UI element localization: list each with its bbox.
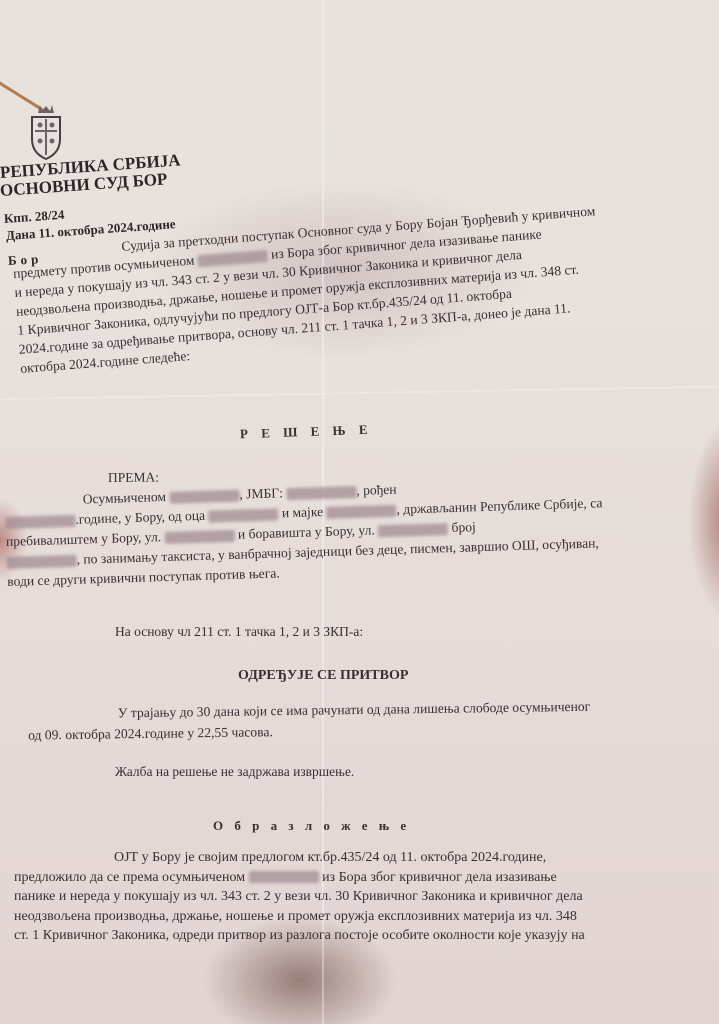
ruling-heading: ОДРЕЂУЈЕ СЕ ПРИТВОР: [238, 668, 408, 684]
redacted-block: [378, 523, 448, 537]
reasoning-line: ст. 1 Кривичног Законика, одреди притвор…: [14, 926, 585, 946]
redacted-block: [164, 530, 234, 544]
legal-basis: На основу чл 211 ст. 1 тачка 1, 2 и 3 ЗК…: [115, 624, 363, 640]
redacted-block: [208, 508, 278, 522]
prema-label: ПРЕМА:: [108, 470, 159, 486]
reasoning-line: панике и нереда у покушају из чл. 343 ст…: [14, 887, 585, 907]
duration-paragraph: У трајању до 30 дана који се има рачунат…: [0, 696, 591, 746]
reasoning-line: предложило да се према осумњиченом из Бо…: [14, 868, 585, 888]
reasoning-line: ОЈТ у Бору је својим предлогом кт.бр.435…: [14, 848, 585, 868]
appeal-note: Жалба на решење не задржава извршење.: [115, 764, 354, 780]
suspect-paragraph: Осумњиченом , ЈМБГ: , рођен .године, у Б…: [4, 473, 604, 592]
reasoning-title: О б р а з л о ж е њ е: [213, 818, 410, 834]
redacted-block: [6, 555, 76, 569]
redacted-block: [326, 505, 396, 519]
redacted-block: [249, 871, 319, 883]
redacted-block: [169, 490, 239, 504]
coat-of-arms-icon: [26, 103, 66, 161]
reasoning-line: неодзвољена производња, држање, ношење и…: [14, 907, 585, 927]
redacted-block: [5, 515, 75, 529]
reasoning-paragraph: ОЈТ у Бору је својим предлогом кт.бр.435…: [14, 848, 585, 946]
redacted-block: [286, 486, 356, 500]
